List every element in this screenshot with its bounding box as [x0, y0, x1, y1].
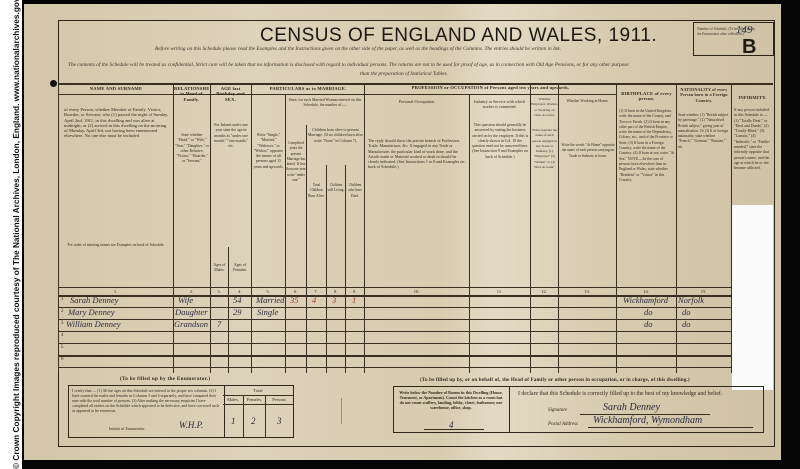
- punch-hole: [50, 80, 57, 87]
- column-number: 1.: [58, 289, 173, 294]
- schedule-number-box: Number of Schedule. (To be filled up by …: [693, 22, 774, 56]
- header-marriage-single: Write "Single," "Married," "Widower," or…: [252, 133, 285, 170]
- row-1-children-living: 3: [332, 295, 336, 305]
- schedule-letter: B: [742, 37, 756, 57]
- rooms-instruction: Write below the Number of Rooms in this …: [397, 390, 505, 410]
- signature-value: Sarah Denney: [603, 402, 660, 413]
- head-of-family-section-title: (To be filled up by, or on behalf of, th…: [420, 378, 690, 383]
- header-age-females: Ages of Females.: [229, 263, 251, 274]
- column-number: 6.: [285, 289, 306, 294]
- row-2-birthplace-town: do: [644, 307, 653, 317]
- row-1-name: Sarah Denney: [70, 295, 118, 305]
- header-name-desc: of every Person, whether Member of Famil…: [64, 107, 170, 139]
- copyright-sidebar: © Crown Copyright Images reproduced cour…: [0, 0, 22, 469]
- row-2-name: Mary Denney: [68, 307, 115, 317]
- row-2-birthplace-county: do: [682, 307, 691, 317]
- row-number: 3: [61, 321, 63, 326]
- colnum-top-line: [58, 287, 773, 288]
- column-number: 3.: [210, 289, 228, 294]
- row-number: 5: [61, 345, 63, 350]
- col-line: [210, 83, 211, 373]
- enumerator-initials: W.H.P.: [179, 420, 203, 430]
- postal-address-value: Wickhamford, Wymondham: [593, 415, 702, 426]
- header-infirmity-desc: If any person included in this Schedule …: [734, 108, 772, 172]
- column-number: 10.: [364, 289, 469, 294]
- scan-border-bottom: [22, 460, 800, 469]
- column-number: 13.: [558, 289, 616, 294]
- rooms-box: Write below the Number of Rooms in this …: [393, 386, 510, 433]
- document-title: CENSUS OF ENGLAND AND WALES, 1911.: [260, 25, 657, 47]
- row-1-birthplace-town: Wickhamford: [623, 295, 668, 305]
- totals-divider: [223, 404, 293, 405]
- header-personal-desc: The reply should show the precise branch…: [368, 138, 466, 170]
- row-2-relationship: Daughter: [175, 307, 208, 317]
- col-line: [173, 83, 174, 373]
- header-profession: PROFESSION or OCCUPATION of Persons aged…: [365, 85, 616, 90]
- enumerator-section-title: (To be filled up by the Enumerator.): [120, 376, 210, 382]
- copyright-notice: © Crown Copyright Images reproduced cour…: [11, 0, 22, 469]
- header-home: Whether Working at Home.: [559, 99, 616, 104]
- header-age-males: Ages of Males.: [211, 263, 228, 274]
- col-line: [530, 83, 531, 373]
- column-number: 5.: [251, 289, 285, 294]
- row-3-birthplace-county: do: [682, 319, 691, 329]
- instruction-line-2: The contents of the Schedule will be tre…: [68, 62, 629, 68]
- header-nationality: NATIONALITY of every Person born in a Fo…: [677, 87, 731, 103]
- column-number: 7.: [306, 289, 326, 294]
- header-relationship-desc: State whether "Head," or "Wife," "Son," …: [175, 133, 209, 165]
- enumerator-certification-box: I certify that:— (1) All the ages on thi…: [68, 385, 225, 438]
- census-table: NAME AND SURNAME of every Person, whethe…: [58, 83, 773, 367]
- col-line: [469, 94, 470, 373]
- header-birthplace: BIRTHPLACE of every person.: [617, 91, 676, 102]
- col-line: [251, 83, 252, 373]
- header-age-desc: For Infants under one year state the age…: [212, 123, 250, 149]
- totals-males-value: 1: [231, 416, 236, 426]
- totals-persons-value: 3: [277, 416, 282, 426]
- header-nationality-desc: State whether: (1) "British subject by p…: [678, 113, 730, 150]
- totals-persons-label: Persons.: [266, 397, 293, 402]
- totals-label: Total: [223, 388, 293, 393]
- row-line: [58, 331, 731, 332]
- enumerator-initials-label: Initials of Enumerator.: [109, 426, 145, 431]
- row-1-children-total: 4: [312, 295, 316, 305]
- enumerator-totals-box: Total Males. Females. Persons. 1 2 3: [223, 385, 294, 438]
- row-2-marital: Single: [257, 307, 278, 317]
- header-infirmity: INFIRMITY.: [732, 95, 773, 100]
- row-3-relationship: Grandson: [174, 319, 208, 329]
- declaration-box: I declare that this Schedule is correctl…: [508, 386, 764, 433]
- col-line: [326, 165, 327, 373]
- column-number: 12.: [530, 289, 558, 294]
- header-divider: [58, 94, 616, 95]
- postal-address-label: Postal Address: [548, 422, 578, 427]
- row-1-birthplace-county: Norfolk: [678, 295, 704, 305]
- instruction-line-1: Before writing on this Schedule please r…: [155, 46, 561, 52]
- row-1-years-married: 35: [290, 295, 299, 305]
- header-name-order: For order of entering names see Examples…: [61, 243, 171, 248]
- header-age: AGE last Birthday and SEX.: [211, 86, 250, 102]
- header-children: Children born alive to present Marriage.…: [307, 128, 364, 144]
- header-personal-occupation: Personal Occupation.: [366, 99, 468, 104]
- col-line: [616, 83, 617, 373]
- totals-females-label: Females.: [244, 397, 265, 402]
- column-number: 14.: [616, 289, 676, 294]
- scan-border-right: [781, 0, 800, 469]
- row-line: [58, 343, 731, 344]
- row-2-age-female: 29: [233, 307, 242, 317]
- row-number: 4: [61, 333, 63, 338]
- col-line: [285, 94, 286, 373]
- header-industry: Industry or Service with which worker is…: [470, 99, 529, 110]
- header-name: NAME AND SURNAME: [60, 86, 172, 91]
- header-relationship: RELATIONSHIP to Head of Family.: [174, 86, 209, 102]
- row-line: [58, 355, 773, 357]
- row-3-birthplace-town: do: [644, 319, 653, 329]
- schedule-number: 149: [736, 24, 753, 36]
- column-number: 9.: [345, 289, 364, 294]
- column-number: 4.: [228, 289, 251, 294]
- declaration-text: I declare that this Schedule is correctl…: [518, 391, 722, 397]
- row-1-age-female: 54: [233, 295, 242, 305]
- header-marriage-wife: State, for each Married Woman entered on…: [286, 98, 364, 109]
- column-number: 2.: [173, 289, 210, 294]
- row-line: [58, 367, 731, 368]
- row-3-age-male: 7: [217, 319, 221, 329]
- column-number: 8.: [326, 289, 345, 294]
- column-number: 11.: [469, 289, 530, 294]
- header-marriage: PARTICULARS as to MARRIAGE.: [252, 86, 364, 91]
- signature-label: Signature: [548, 408, 567, 413]
- column-number: 15.: [676, 289, 731, 294]
- header-children-total: Total Children Born Alive.: [307, 183, 326, 199]
- totals-males-label: Males.: [223, 397, 243, 402]
- address-line: [588, 427, 753, 428]
- col-line: [558, 83, 559, 373]
- redacted-infirmity-column: [732, 205, 773, 390]
- rooms-count: 4: [449, 420, 454, 430]
- header-home-desc: Write the words "At Home" opposite the n…: [561, 143, 615, 159]
- row-1-children-died: 1: [352, 295, 356, 305]
- row-number: 1: [61, 297, 63, 302]
- header-marriage-years: Completed years the present Marriage has…: [286, 141, 306, 183]
- totals-divider: [223, 395, 293, 396]
- row-3-name: William Denney: [66, 319, 121, 329]
- row-line: [58, 319, 731, 320]
- header-birthplace-desc: (1) If born in the United Kingdom, write…: [619, 109, 675, 183]
- header-children-died: Children who have Died.: [346, 183, 364, 199]
- header-children-living: Children still Living.: [327, 183, 345, 194]
- totals-females-value: 2: [251, 416, 256, 426]
- col-line: [364, 83, 365, 373]
- row-line: [58, 307, 731, 308]
- instruction-line-3: than the preparation of Statistical Tabl…: [360, 71, 448, 77]
- col-line: [306, 125, 307, 373]
- red-pencil-mark: [341, 398, 342, 424]
- row-number: 2: [61, 309, 63, 314]
- header-employer-desc: Write opposite the name of each person e…: [531, 128, 558, 170]
- row-1-marital: Married: [256, 295, 284, 305]
- row-1-relationship: Wife: [178, 295, 193, 305]
- enumerator-certification-text: I certify that:— (1) All the ages on thi…: [72, 389, 220, 414]
- rooms-line: [424, 429, 484, 430]
- row-number: 6: [61, 357, 63, 362]
- col-line: [58, 83, 59, 373]
- header-industry-desc: This question should generally be answer…: [471, 123, 529, 160]
- col-line: [676, 83, 677, 373]
- header-employer: Whether Employer, Worker, or Working on …: [531, 97, 558, 118]
